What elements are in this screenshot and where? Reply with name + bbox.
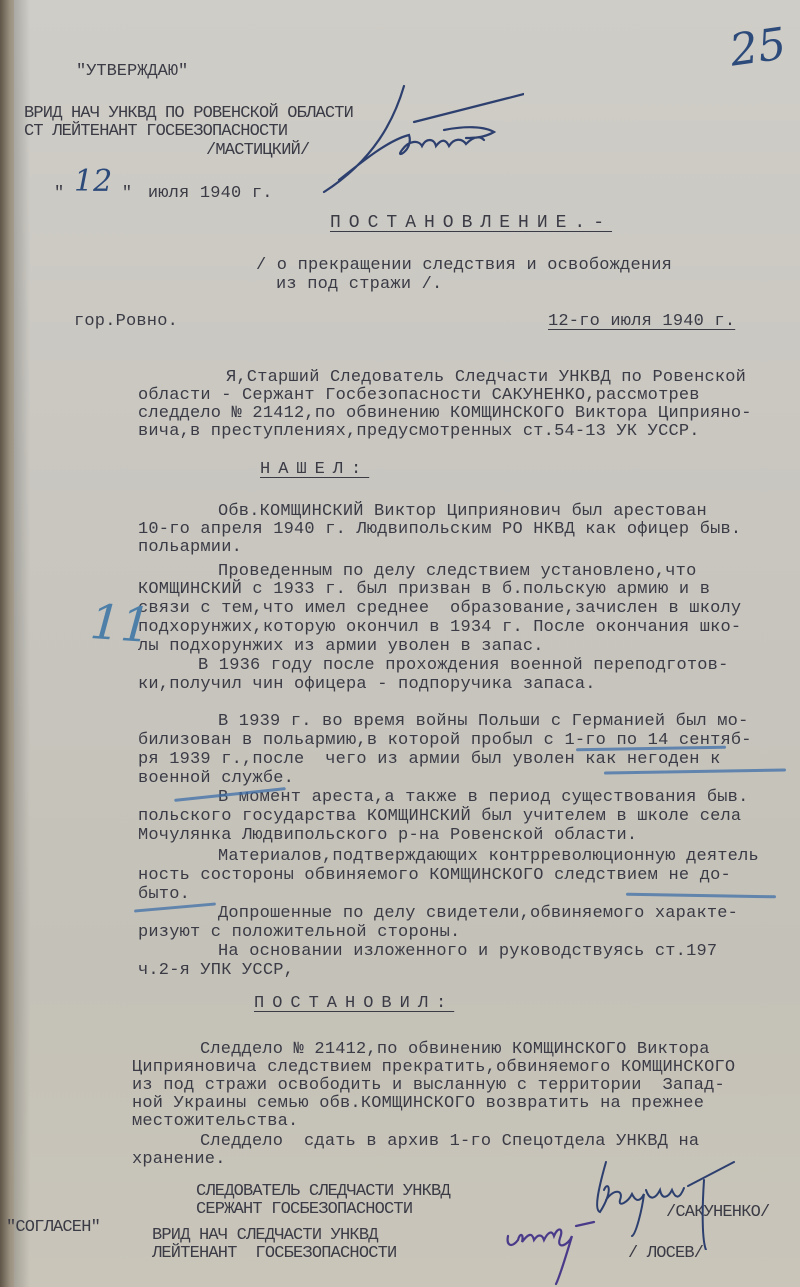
found-line: связи с тем,что имел среднее образование…: [138, 599, 741, 618]
found-line: В момент ареста,а также в период существ…: [218, 788, 749, 807]
intro-line: Я,Старший Следователь Следчасти УНКВД по…: [226, 368, 746, 387]
resolved-line: Следдело сдать в архив 1-го Спецотдела У…: [200, 1132, 699, 1151]
resolved-heading: ПОСТАНОВИЛ:: [254, 994, 454, 1013]
found-line: На основании изложенного и руководствуяс…: [218, 942, 717, 961]
document-date: 12-го июля 1940 г.: [548, 312, 735, 331]
chief-title-line-2: ЛЕЙТЕНАНТ ГОСБЕЗОПАСНОСТИ: [152, 1244, 396, 1263]
resolved-line: местожительства.: [132, 1112, 298, 1131]
found-line: Мочулянка Людвипольского р-на Ровенской …: [138, 826, 637, 845]
found-line: КОМЩИНСКИЙ с 1933 г. был призван в б.пол…: [138, 580, 710, 599]
found-line: Допрошенные по делу свидетели,обвиняемог…: [218, 904, 738, 923]
found-line: В 1939 г. во время войны Польши с Герман…: [218, 712, 749, 731]
approval-date-quote-close: ": [122, 184, 132, 203]
agreed-label: "СОГЛАСЕН": [6, 1218, 100, 1237]
found-line: Проведенным по делу следствием установле…: [218, 562, 696, 581]
chief-signature: [498, 1196, 638, 1287]
resolved-line: Следдело № 21412,по обвинению КОМЩИНСКОГ…: [200, 1040, 710, 1059]
found-line: ки,получил чин офицера - подпоручика зап…: [138, 675, 596, 694]
investigator-title-line-1: СЛЕДОВАТЕЛЬ СЛЕДЧАСТИ УНКВД: [196, 1182, 450, 1201]
found-line: Материалов,подтверждающих контрреволюцио…: [218, 847, 759, 866]
found-line: 10-го апреля 1940 г. Людвипольским РО НК…: [138, 520, 741, 539]
approval-date-quote-open: ": [54, 184, 64, 203]
approval-date-day: 12: [74, 164, 112, 199]
approval-line-2: СТ ЛЕЙТЕНАНТ ГОСБЕЗОПАСНОСТИ: [24, 122, 287, 141]
found-line: ря 1939 г.,после чего из армии был уволе…: [138, 750, 721, 769]
found-line: польского государства КОМЩИНСКИЙ был учи…: [138, 807, 741, 826]
found-line: ризуют с положительной стороны.: [138, 923, 460, 942]
approval-date: " 12 " июля 1940 г.: [54, 170, 273, 205]
found-line: польармии.: [138, 538, 242, 557]
resolved-line: Циприяновича следствием прекратить,обвин…: [132, 1058, 735, 1077]
approval-date-rest: июля 1940 г.: [148, 184, 273, 203]
resolved-line: из под стражи освободить и высланную с т…: [132, 1076, 725, 1095]
found-line: ч.2-я УПК УССР,: [138, 961, 294, 980]
resolved-line: ной Украины семью обв.КОМЩИНСКОГО возвра…: [132, 1094, 704, 1113]
investigator-title-line-2: СЕРЖАНТ ГОСБЕЗОПАСНОСТИ: [196, 1200, 412, 1219]
document-page: 25 "УТВЕРЖДАЮ" ВРИД НАЧ УНКВД ПО РОВЕНСК…: [14, 0, 800, 1287]
chief-title-line-1: ВРИД НАЧ СЛЕДЧАСТИ УНКВД: [152, 1226, 378, 1245]
intro-line: области - Сержант Госбезопасности САКУНЕ…: [138, 386, 700, 405]
page-number: 25: [727, 18, 790, 76]
document-subtitle-line-1: / о прекращении следствия и освобождения: [256, 256, 672, 275]
found-line: подхорунжих,которую окончил в 1934 г. По…: [138, 618, 741, 637]
found-line: военной службе.: [138, 769, 294, 788]
intro-line: вича,в преступлениях,предусмотренных ст.…: [138, 422, 700, 441]
found-line: быто.: [138, 885, 190, 904]
intro-line: следдело № 21412,по обвинению КОМЩИНСКОГ…: [138, 404, 752, 423]
found-line: лы подхорунжих из армии уволен в запас.: [138, 637, 544, 656]
found-line: ность состороны обвиняемого КОМЩИНСКОГО …: [138, 866, 731, 885]
found-line: Обв.КОМЩИНСКИЙ Виктор Циприянович был ар…: [218, 502, 707, 521]
margin-mark: 11: [88, 594, 153, 654]
document-subtitle-line-2: из под стражи /.: [276, 275, 442, 294]
approval-label: "УТВЕРЖДАЮ": [76, 62, 188, 81]
resolved-line: хранение.: [132, 1150, 226, 1169]
found-heading: НАШЕЛ:: [260, 460, 369, 479]
found-line: В 1936 году после прохождения военной пе…: [198, 656, 729, 675]
approver-signature: [294, 80, 524, 200]
place: гор.Ровно.: [74, 312, 178, 331]
pencil-underline: [604, 768, 786, 774]
pencil-underline: [626, 893, 776, 899]
document-title: ПОСТАНОВЛЕНИЕ.-: [330, 213, 612, 233]
